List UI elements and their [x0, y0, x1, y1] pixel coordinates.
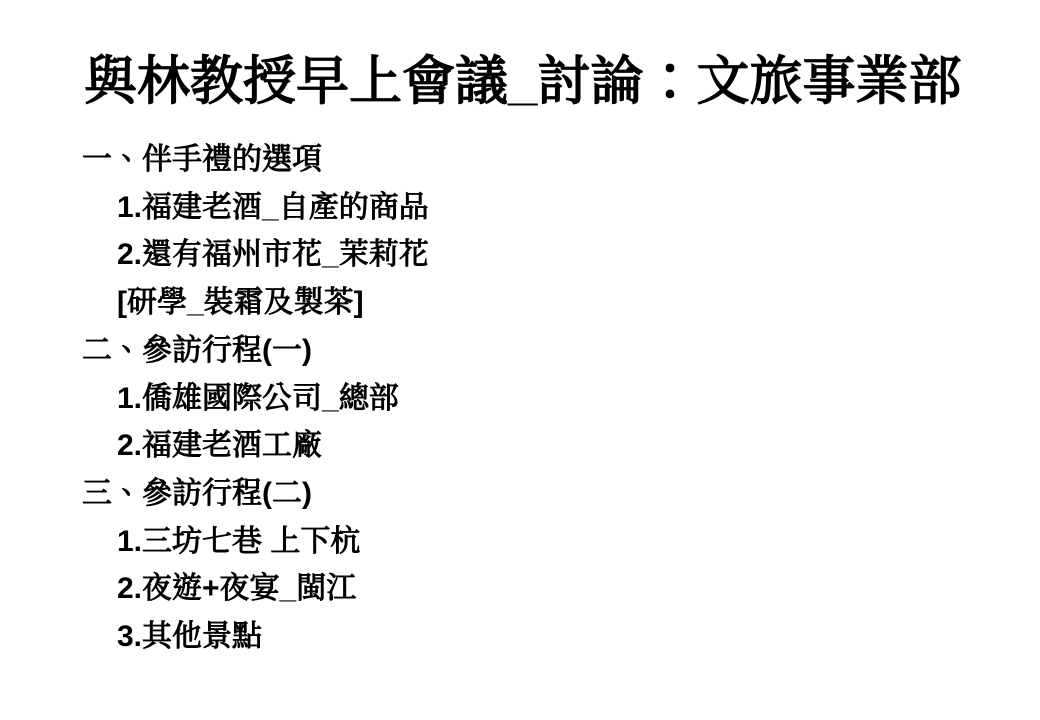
outline-item: [研學_裝霜及製茶] [82, 279, 429, 327]
outline-heading-2: 二、參訪行程(一) [82, 327, 429, 375]
outline: 一、伴手禮的選項 1.福建老酒_自產的商品 2.還有福州市花_茉莉花 [研學_裝… [82, 136, 429, 661]
outline-item: 3.其他景點 [82, 613, 429, 661]
outline-item: 2.還有福州市花_茉莉花 [82, 231, 429, 279]
outline-item: 1.福建老酒_自產的商品 [82, 184, 429, 232]
slide: 與林教授早上會議_討論：文旅事業部 一、伴手禮的選項 1.福建老酒_自產的商品 … [0, 0, 1040, 720]
outline-item: 2.福建老酒工廠 [82, 422, 429, 470]
outline-item: 1.僑雄國際公司_總部 [82, 375, 429, 423]
outline-heading-1: 一、伴手禮的選項 [82, 136, 429, 184]
outline-item: 1.三坊七巷 上下杭 [82, 518, 429, 566]
slide-title: 與林教授早上會議_討論：文旅事業部 [84, 50, 961, 115]
outline-item: 2.夜遊+夜宴_閩江 [82, 565, 429, 613]
outline-heading-3: 三、參訪行程(二) [82, 470, 429, 518]
